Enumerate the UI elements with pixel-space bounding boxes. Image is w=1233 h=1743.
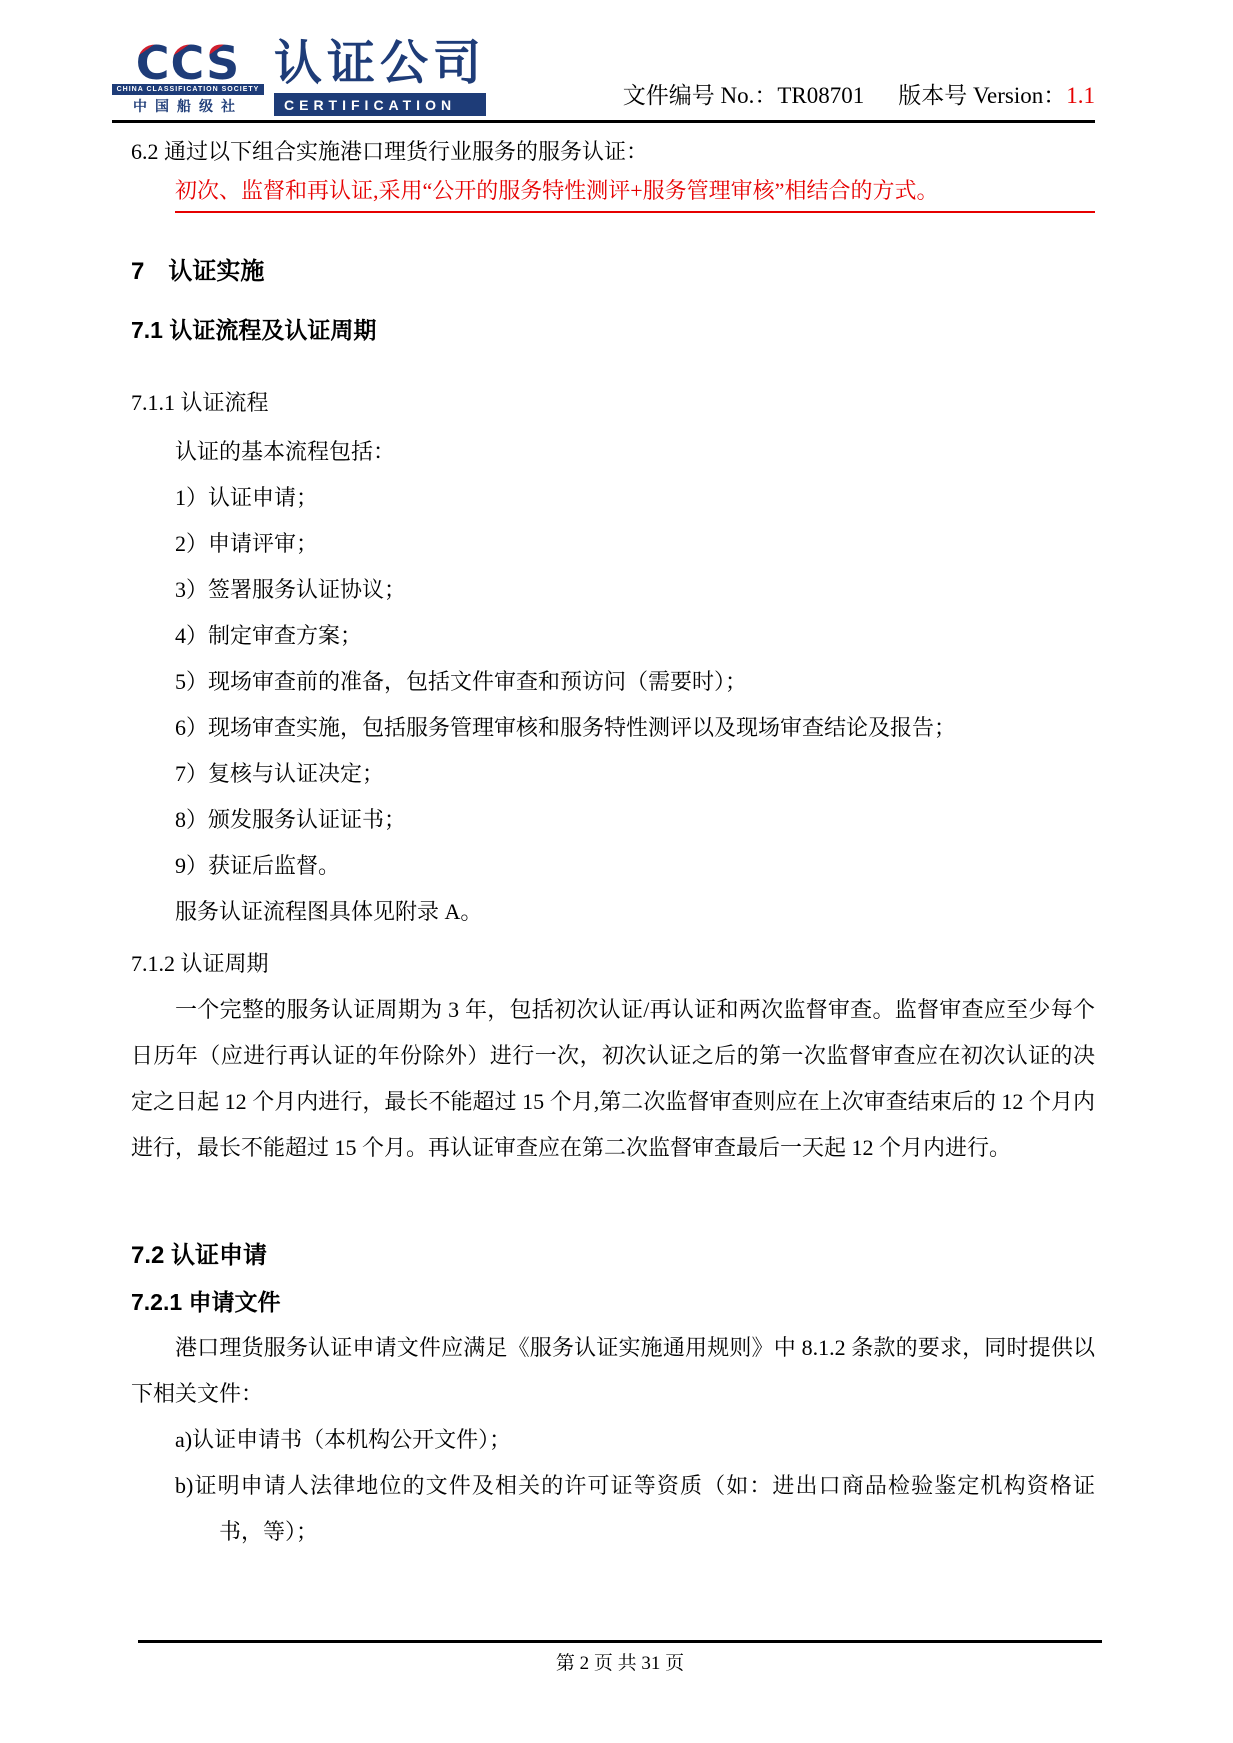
document-body: 6.2 通过以下组合实施港口理货行业服务的服务认证： 初次、监督和再认证,采用“… [131,135,1095,1555]
process-step: 6）现场审查实施，包括服务管理审核和服务特性测评以及现场审查结论及报告； [175,705,1095,751]
heading-7-1-2: 7.1.2 认证周期 [131,941,1095,987]
page-header: CCS CHINA CLASSIFICATION SOCIETY 中国船级社 认… [112,0,1095,123]
process-step: 7）复核与认证决定； [175,751,1095,797]
society-name-cn: 中国船级社 [112,96,264,116]
application-item-a: a)认证申请书（本机构公开文件）； [175,1417,1095,1463]
process-steps-list: 1）认证申请； 2）申请评审； 3）签署服务认证协议； 4）制定审查方案； 5）… [131,475,1095,889]
process-step: 3）签署服务认证协议； [175,567,1095,613]
section-6-2-highlighted-text: 初次、监督和再认证,采用“公开的服务特性测评+服务管理审核”相结合的方式。 [175,174,1095,213]
doc-number-label: 文件编号 No.： [623,83,778,108]
heading-7-2: 7.2 认证申请 [131,1241,1095,1271]
certification-banner: CERTIFICATION [274,93,486,116]
process-step: 9）获证后监督。 [175,843,1095,889]
heading-7-2-1: 7.2.1 申请文件 [131,1287,1095,1317]
process-step: 5）现场审查前的准备，包括文件审查和预访问（需要时）； [175,659,1095,705]
company-name-cn: 认证公司 [274,40,486,88]
process-step: 4）制定审查方案； [175,613,1095,659]
process-step: 8）颁发服务认证证书； [175,797,1095,843]
application-documents-paragraph: 港口理货服务认证申请文件应满足《服务认证实施通用规则》中 8.1.2 条款的要求… [131,1325,1095,1417]
document-page: CCS CHINA CLASSIFICATION SOCIETY 中国船级社 认… [0,0,1233,1743]
ccs-letter: S [206,36,240,90]
doc-number-value: TR08701 [777,83,864,108]
process-step: 1）认证申请； [175,475,1095,521]
process-step: 2）申请评审； [175,521,1095,567]
ccs-logo: CCS CHINA CLASSIFICATION SOCIETY 中国船级社 认… [112,40,486,116]
page-number-text: 第 2 页 共 31 页 [556,1653,684,1674]
certification-cycle-paragraph: 一个完整的服务认证周期为 3 年，包括初次认证/再认证和两次监督审查。监督审查应… [131,987,1095,1171]
ccs-letter: C [171,36,207,90]
version-value: 1.1 [1066,83,1095,108]
version-label: 版本号 Version： [898,83,1066,108]
ccs-logo-right: 认证公司 CERTIFICATION [274,40,486,116]
document-meta: 文件编号 No.：TR08701版本号 Version：1.1 [623,77,1095,116]
ccs-logo-left: CCS CHINA CLASSIFICATION SOCIETY 中国船级社 [112,42,264,116]
section-6-2-title: 6.2 通过以下组合实施港口理货行业服务的服务认证： [131,135,1095,169]
ccs-logo-letters: CCS [112,42,264,84]
process-outro: 服务认证流程图具体见附录 A。 [175,889,1095,935]
heading-7-1: 7.1 认证流程及认证周期 [131,315,1095,345]
heading-7: 7 认证实施 [131,257,1095,287]
heading-7-1-1: 7.1.1 认证流程 [131,387,1095,419]
process-intro: 认证的基本流程包括： [175,429,1095,475]
page-footer: 第 2 页 共 31 页 [138,1640,1102,1675]
society-name-en: CHINA CLASSIFICATION SOCIETY [112,84,264,95]
ccs-letter: C [136,36,171,90]
application-item-b: b)证明申请人法律地位的文件及相关的许可证等资质（如：进出口商品检验鉴定机构资格… [175,1463,1095,1555]
